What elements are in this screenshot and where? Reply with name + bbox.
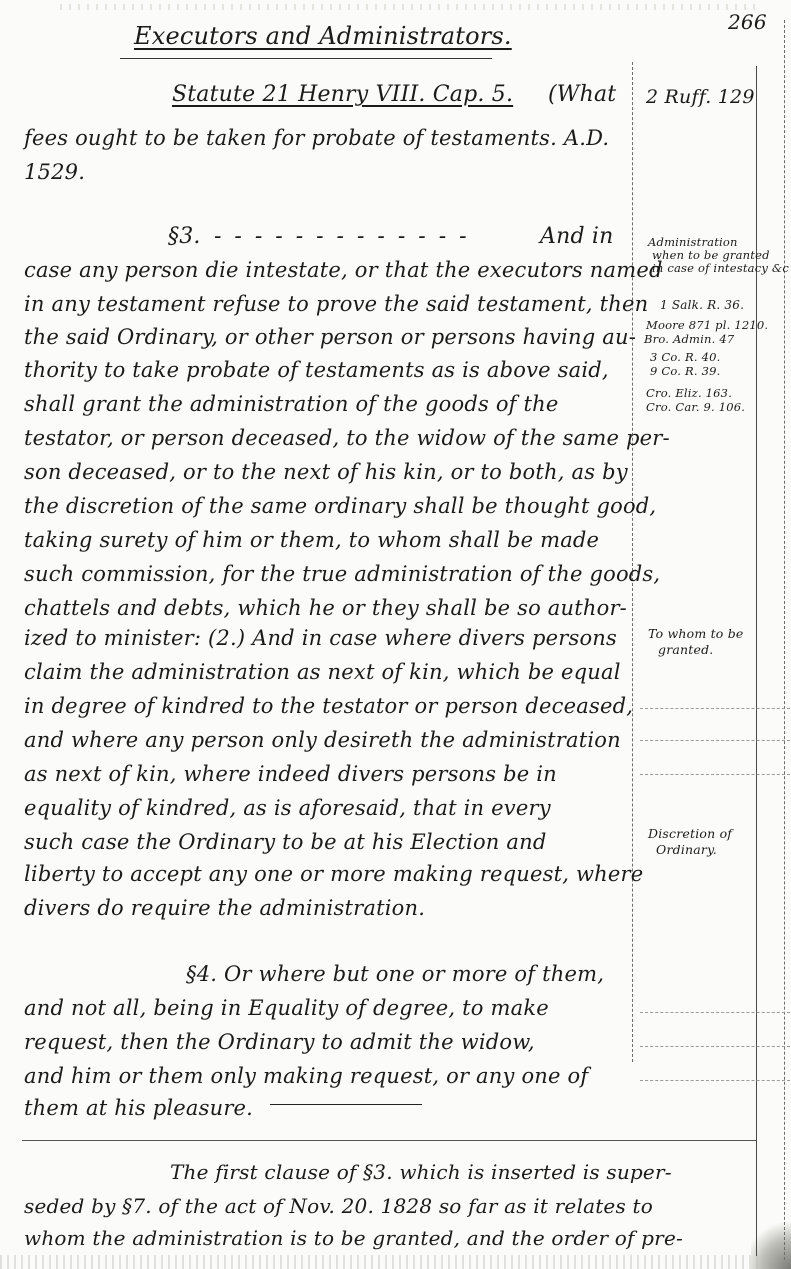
margin-citation: 3 Co. R. 40. xyxy=(650,350,720,364)
statute-subtitle-line: 1529. xyxy=(24,160,85,184)
margin-hrule xyxy=(640,1046,790,1047)
section-3-line: case any person die intestate, or that t… xyxy=(24,258,663,282)
statute-subtitle-line: fees ought to be taken for probate of te… xyxy=(24,126,609,150)
margin-note-line: granted. xyxy=(648,642,744,658)
page-edge-rule xyxy=(784,20,785,1260)
section-3-line: and where any person only desireth the a… xyxy=(24,728,621,752)
margin-note-line: Discretion of xyxy=(648,826,732,842)
margin-citation: 9 Co. R. 39. xyxy=(650,364,720,378)
section-3-line: claim the administration as next of kin,… xyxy=(24,660,621,684)
margin-note-to-whom-granted: To whom to be granted. xyxy=(648,626,744,658)
scan-corner-smudge xyxy=(751,1219,791,1269)
section-4-line: request, then the Ordinary to admit the … xyxy=(24,1030,535,1054)
section-4-line: them at his pleasure. xyxy=(24,1096,253,1120)
statute-heading: Statute 21 Henry VIII. Cap. 5. xyxy=(172,82,513,107)
section-3-line: such case the Ordinary to be at his Elec… xyxy=(24,830,546,854)
margin-citation: Cro. Car. 9. 106. xyxy=(646,400,745,414)
section-3-line: ized to minister: (2.) And in case where… xyxy=(24,626,617,650)
note-separator xyxy=(22,1140,756,1141)
margin-note-discretion: Discretion of Ordinary. xyxy=(648,826,732,858)
margin-hrule xyxy=(640,1012,790,1013)
section-3-line: thority to take probate of testaments as… xyxy=(24,358,609,382)
section-3-line: such commission, for the true administra… xyxy=(24,562,660,586)
page-title: Executors and Administrators. xyxy=(134,22,512,50)
section-3-line: shall grant the administration of the go… xyxy=(24,392,559,416)
margin-reference-ruff: 2 Ruff. 129 xyxy=(646,86,755,108)
margin-note-line: To whom to be xyxy=(648,626,744,642)
margin-citation: Cro. Eliz. 163. xyxy=(646,386,732,400)
section-4-line: and not all, being in Equality of degree… xyxy=(24,996,549,1020)
manuscript-page: 266 Executors and Administrators. Statut… xyxy=(0,0,791,1269)
note-line: whom the administration is to be granted… xyxy=(24,1226,683,1250)
statute-subtitle-start: (What xyxy=(548,82,616,107)
margin-note-line: Ordinary. xyxy=(648,842,732,858)
margin-hrule xyxy=(640,708,790,709)
section-3-line: the said Ordinary, or other person or pe… xyxy=(24,325,636,349)
section-end-flourish xyxy=(270,1104,422,1105)
section-3-line: equality of kindred, as is aforesaid, th… xyxy=(24,796,551,820)
section-3-dashes: - - - - - - - - - - - - - xyxy=(214,224,470,249)
note-line: seded by §7. of the act of Nov. 20. 1828… xyxy=(24,1194,653,1218)
section-3-line: chattels and debts, which he or they sha… xyxy=(24,596,627,620)
margin-citation: Bro. Admin. 47 xyxy=(644,332,734,346)
section-3-marker: §3. xyxy=(168,224,201,249)
section-3-line: in any testament refuse to prove the sai… xyxy=(24,292,648,316)
section-3-first-words: And in xyxy=(540,224,614,249)
section-3-line: the discretion of the same ordinary shal… xyxy=(24,494,656,518)
margin-citation: Moore 871 pl. 1210. xyxy=(646,318,768,332)
margin-citation: 1 Salk. R. 36. xyxy=(660,298,744,312)
section-3-line: son deceased, or to the next of his kin,… xyxy=(24,460,628,484)
section-3-line: taking surety of him or them, to whom sh… xyxy=(24,528,599,552)
section-3-line: testator, or person deceased, to the wid… xyxy=(24,426,670,450)
margin-hrule xyxy=(640,1080,790,1081)
title-underline xyxy=(120,58,492,59)
note-line: The first clause of §3. which is inserte… xyxy=(170,1160,672,1184)
section-3-line: divers do require the administration. xyxy=(24,896,425,920)
section-3-line: liberty to accept any one or more making… xyxy=(24,862,643,886)
margin-hrule xyxy=(640,774,790,775)
margin-hrule xyxy=(640,740,790,741)
scan-noise-top xyxy=(60,4,760,10)
section-4-first-line: §4. Or where but one or more of them, xyxy=(186,962,604,986)
margin-note-line: in case of intestacy &c xyxy=(648,262,789,275)
page-number: 266 xyxy=(728,10,767,34)
section-4-line: and him or them only making request, or … xyxy=(24,1064,588,1088)
margin-note-administration: Administration when to be granted in cas… xyxy=(648,236,789,275)
section-3-line: as next of kin, where indeed divers pers… xyxy=(24,762,557,786)
scan-noise-bottom xyxy=(0,1255,791,1269)
section-3-line: in degree of kindred to the testator or … xyxy=(24,694,633,718)
